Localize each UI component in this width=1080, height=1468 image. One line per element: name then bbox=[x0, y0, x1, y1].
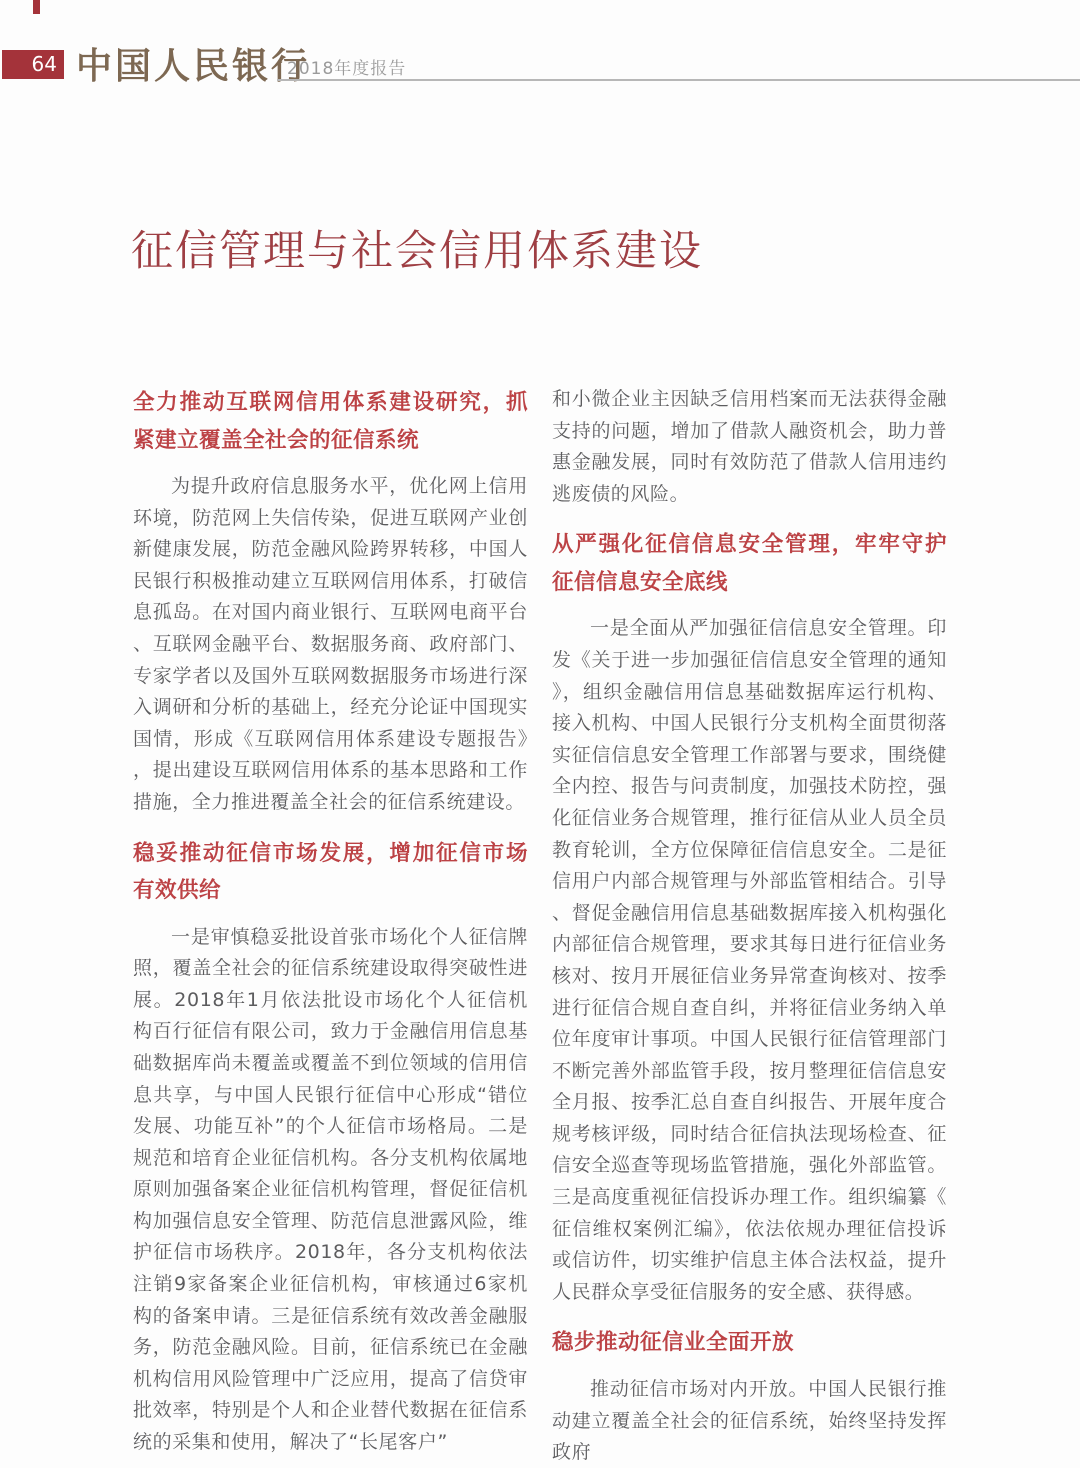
paragraph: 一是全面从严加强征信信息安全管理。印发《关于进一步加强征信信息安全管理的通知》，… bbox=[552, 613, 947, 1308]
paragraph: 一是审慎稳妥批设首张市场化个人征信牌照，覆盖全社会的征信系统建设取得突破性进展。… bbox=[133, 922, 528, 1459]
header-divider bbox=[277, 79, 1080, 81]
bank-logo-calligraphy: 中国人民银行 bbox=[76, 38, 310, 89]
article-body: 全力推动互联网信用体系建设研究，抓紧建立覆盖全社会的征信系统 为提升政府信息服务… bbox=[133, 384, 947, 1468]
left-column: 全力推动互联网信用体系建设研究，抓紧建立覆盖全社会的征信系统 为提升政府信息服务… bbox=[133, 384, 528, 1459]
article-title: 征信管理与社会信用体系建设 bbox=[131, 218, 703, 278]
paragraph: 推动征信市场对内开放。中国人民银行推动建立覆盖全社会的征信系统，始终坚持发挥政府 bbox=[552, 1374, 947, 1468]
report-year-label: 2018年度报告 bbox=[287, 54, 406, 79]
right-column: 和小微企业主因缺乏信用档案而无法获得金融支持的问题，增加了借款人融资机会，助力普… bbox=[552, 384, 947, 1468]
section-heading-credit-market-development: 稳妥推动征信市场发展，增加征信市场有效供给 bbox=[133, 835, 528, 910]
section-heading-information-security: 从严强化征信信息安全管理，牢牢守护征信信息安全底线 bbox=[552, 526, 947, 601]
paragraph-continuation: 和小微企业主因缺乏信用档案而无法获得金融支持的问题，增加了借款人融资机会，助力普… bbox=[552, 384, 947, 510]
paragraph: 为提升政府信息服务水平，优化网上信用环境，防范网上失信传染，促进互联网产业创新健… bbox=[133, 471, 528, 819]
report-page: 64 中国人民银行 2018年度报告 征信管理与社会信用体系建设 全力推动互联网… bbox=[0, 0, 1080, 1468]
page-number-badge: 64 bbox=[2, 50, 64, 79]
page-edge-mark bbox=[33, 0, 40, 14]
section-heading-industry-opening: 稳步推动征信业全面开放 bbox=[552, 1324, 947, 1362]
section-heading-internet-credit-system: 全力推动互联网信用体系建设研究，抓紧建立覆盖全社会的征信系统 bbox=[133, 384, 528, 459]
